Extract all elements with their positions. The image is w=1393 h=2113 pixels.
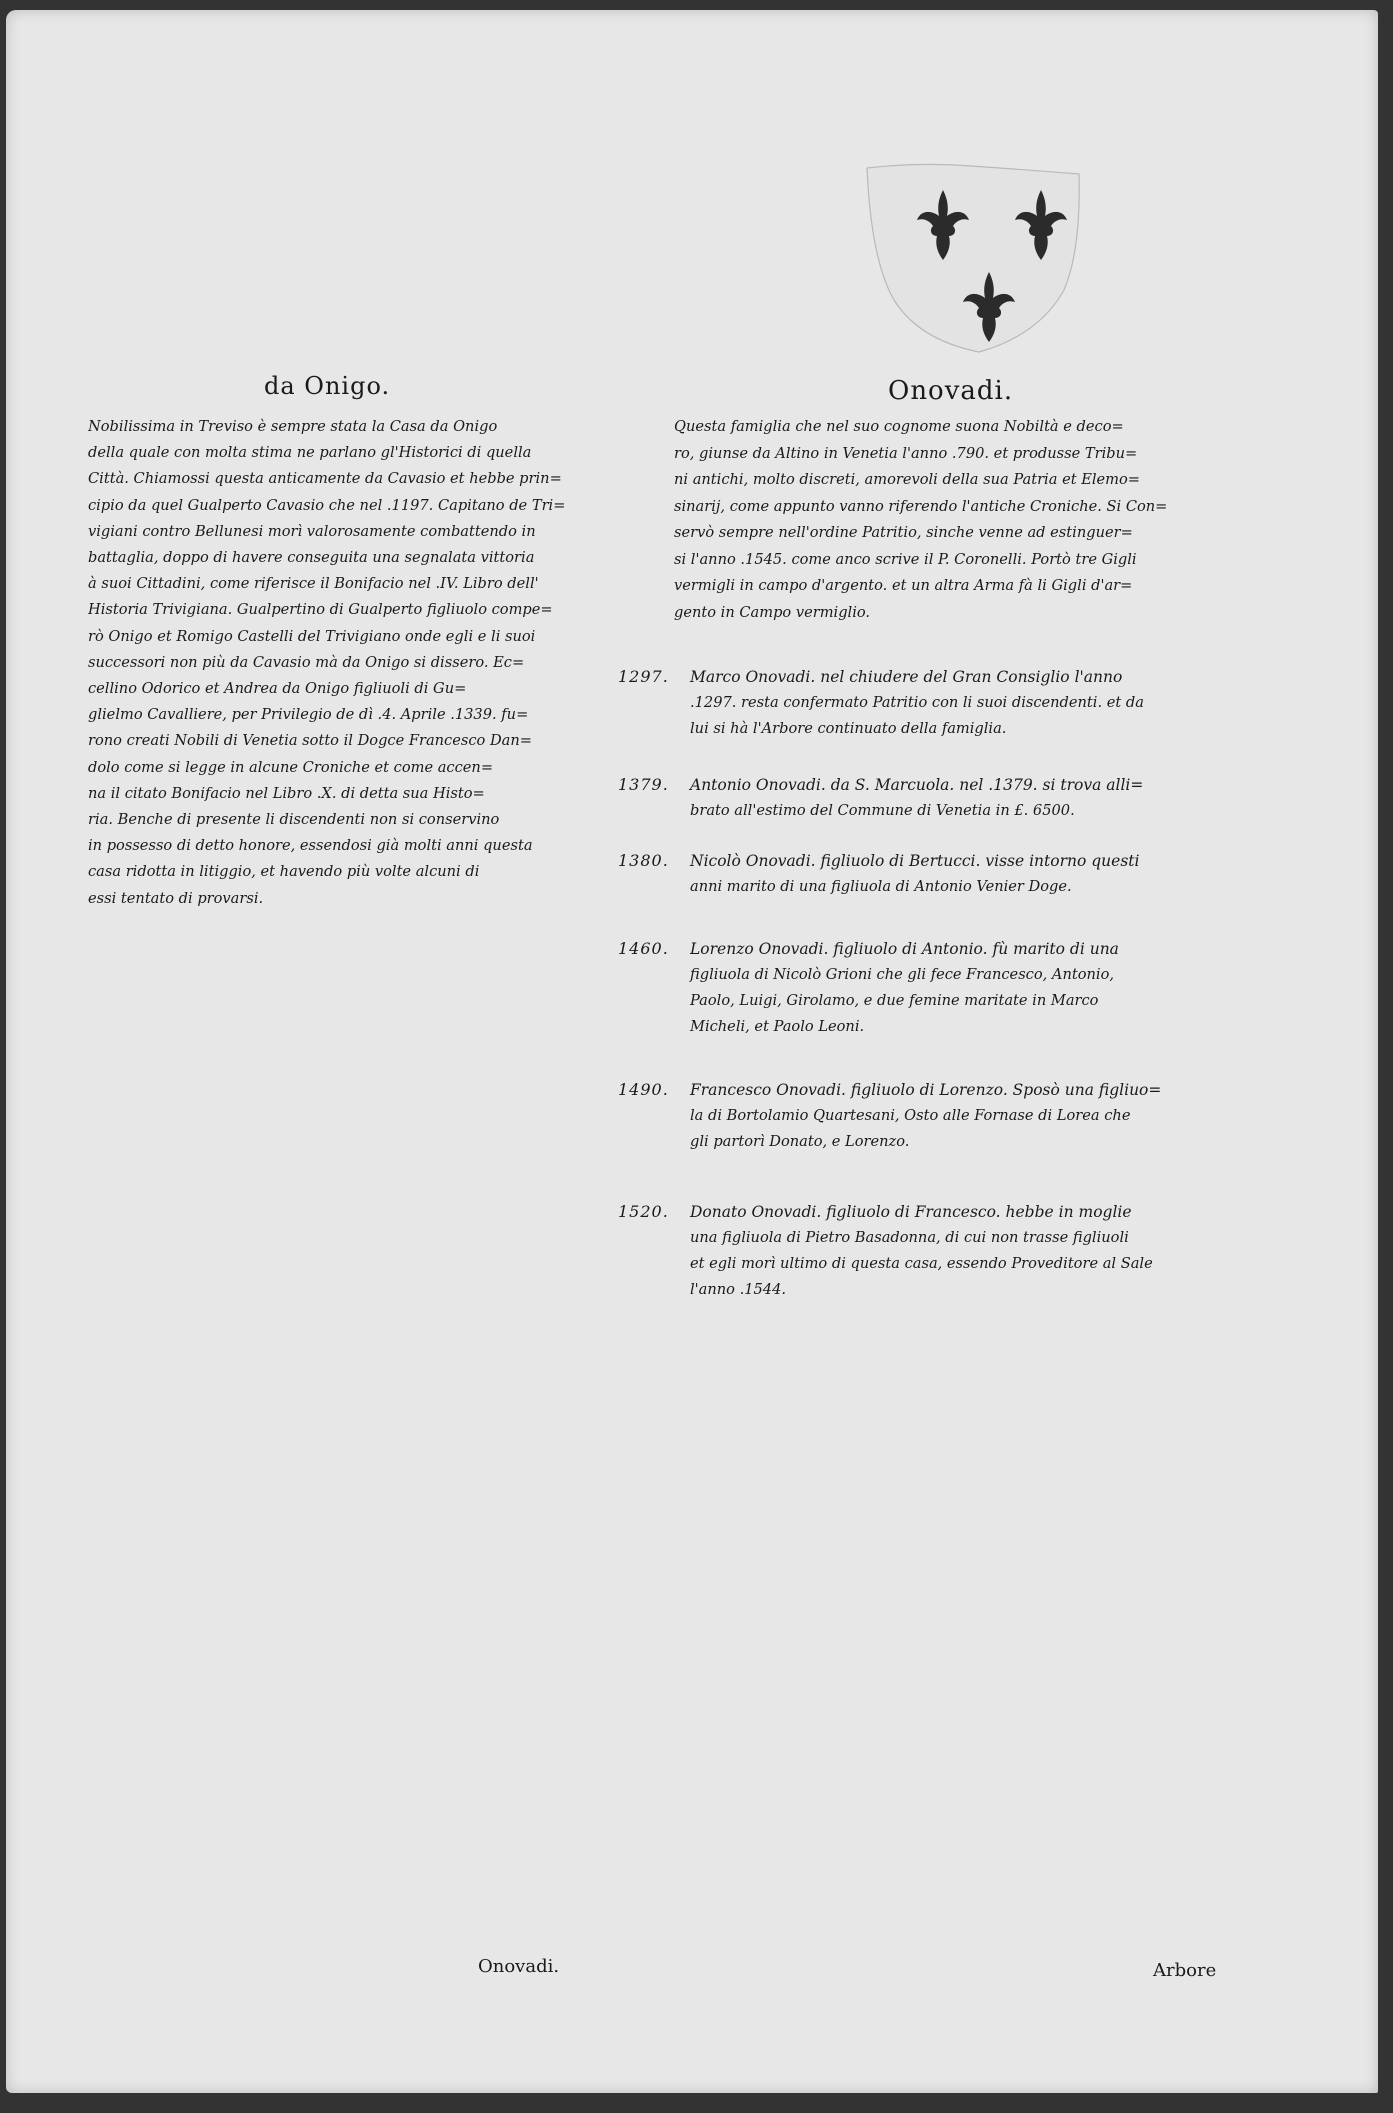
text-line: vermigli in campo d'argento. et un altra… [674,573,1304,600]
text-line: rono creati Nobili di Venetia sotto il D… [88,728,628,754]
text-line: ria. Benche di presente li discendenti n… [88,807,628,833]
entry-year: 1490. [618,1077,669,1103]
text-line: gli partorì Donato, e Lorenzo. [690,1129,1318,1155]
text-line: cipio da quel Gualperto Cavasio che nel … [88,493,628,519]
text-line: rò Onigo et Romigo Castelli del Trivigia… [88,624,628,650]
genealogy-entry-1380: 1380. Nicolò Onovadi. figliuolo di Bertu… [618,848,1318,900]
text-line: Questa famiglia che nel suo cognome suon… [674,414,1304,441]
text-line: ro, giunse da Altino in Venetia l'anno .… [674,441,1304,468]
text-line: una figliuola di Pietro Basadonna, di cu… [690,1225,1318,1251]
text-line: cellino Odorico et Andrea da Onigo figli… [88,676,628,702]
entry-year: 1380. [618,848,669,874]
text-line: Lorenzo Onovadi. figliuolo di Antonio. f… [690,936,1318,962]
genealogy-entry-1490: 1490. Francesco Onovadi. figliuolo di Lo… [618,1077,1318,1155]
text-line: gento in Campo vermiglio. [674,600,1304,627]
footer-catchword-right: Arbore [1153,1960,1216,1981]
right-column-title: Onovadi. [888,376,1013,406]
text-line: brato all'estimo del Commune di Venetia … [690,798,1318,824]
text-line: ni antichi, molto discreti, amorevoli de… [674,467,1304,494]
text-line: anni marito di una figliuola di Antonio … [690,874,1318,900]
text-line: successori non più da Cavasio mà da Onig… [88,650,628,676]
text-line: Paolo, Luigi, Girolamo, e due femine mar… [690,988,1318,1014]
right-column-intro: Questa famiglia che nel suo cognome suon… [674,414,1304,626]
left-column-title: da Onigo. [264,372,390,400]
left-column-text: Nobilissima in Treviso è sempre stata la… [88,414,628,912]
text-line: vigiani contro Bellunesi morì valorosame… [88,519,628,545]
text-line: sinarij, come appunto vanno riferendo l'… [674,494,1304,521]
text-line: lui si hà l'Arbore continuato della fami… [690,716,1318,742]
text-line: casa ridotta in litiggio, et havendo più… [88,859,628,885]
entry-year: 1297. [618,664,669,690]
text-line: glielmo Cavalliere, per Privilegio de dì… [88,702,628,728]
entry-year: 1379. [618,772,669,798]
text-line: Francesco Onovadi. figliuolo di Lorenzo.… [690,1077,1318,1103]
text-line: in possesso di detto honore, essendosi g… [88,833,628,859]
text-line: l'anno .1544. [690,1277,1318,1303]
entry-year: 1520. [618,1199,669,1225]
text-line: Marco Onovadi. nel chiudere del Gran Con… [690,664,1318,690]
text-line: Antonio Onovadi. da S. Marcuola. nel .13… [690,772,1318,798]
genealogy-entry-1297: 1297. Marco Onovadi. nel chiudere del Gr… [618,664,1318,742]
text-line: Città. Chiamossi questa anticamente da C… [88,466,628,492]
entry-year: 1460. [618,936,669,962]
text-line: la di Bortolamio Quartesani, Osto alle F… [690,1103,1318,1129]
text-line: dolo come si legge in alcune Croniche et… [88,755,628,781]
text-line: Donato Onovadi. figliuolo di Francesco. … [690,1199,1318,1225]
text-line: della quale con molta stima ne parlano g… [88,440,628,466]
text-line: Nicolò Onovadi. figliuolo di Bertucci. v… [690,848,1318,874]
text-line: Micheli, et Paolo Leoni. [690,1014,1318,1040]
text-line: Nobilissima in Treviso è sempre stata la… [88,414,628,440]
text-line: si l'anno .1545. come anco scrive il P. … [674,547,1304,574]
manuscript-page: da Onigo. Nobilissima in Treviso è sempr… [6,10,1378,2093]
genealogy-entry-1379: 1379. Antonio Onovadi. da S. Marcuola. n… [618,772,1318,824]
text-line: à suoi Cittadini, come riferisce il Boni… [88,571,628,597]
text-line: servò sempre nell'ordine Patritio, sinch… [674,520,1304,547]
footer-catchword-left: Onovadi. [478,1956,559,1977]
text-line: .1297. resta confermato Patritio con li … [690,690,1318,716]
genealogy-entry-1460: 1460. Lorenzo Onovadi. figliuolo di Anto… [618,936,1318,1040]
text-line: battaglia, doppo di havere conseguita un… [88,545,628,571]
text-line: na il citato Bonifacio nel Libro .X. di … [88,781,628,807]
text-line: Historia Trivigiana. Gualpertino di Gual… [88,597,628,623]
text-line: et egli morì ultimo di questa casa, esse… [690,1251,1318,1277]
genealogy-entry-1520: 1520. Donato Onovadi. figliuolo di Franc… [618,1199,1318,1303]
text-line: essi tentato di provarsi. [88,886,628,912]
coat-of-arms-shield-icon [859,160,1084,355]
text-line: figliuola di Nicolò Grioni che gli fece … [690,962,1318,988]
